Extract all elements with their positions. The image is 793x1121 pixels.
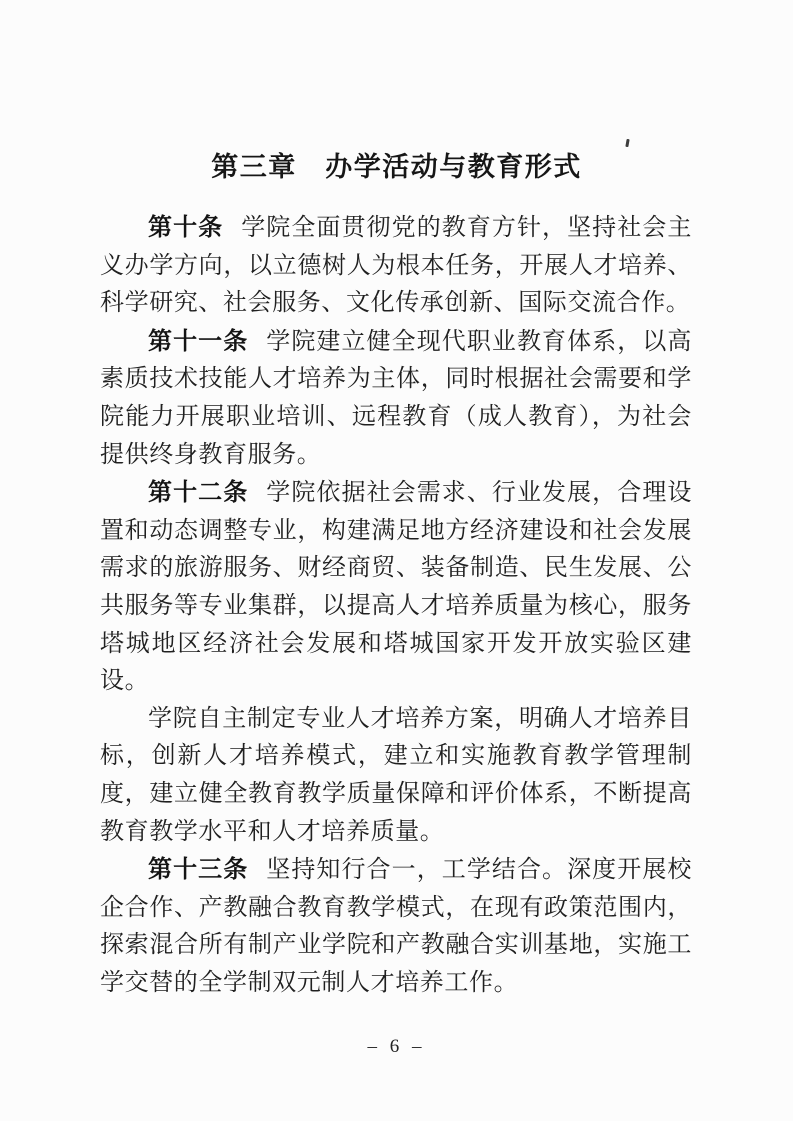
- article-paragraph: 第十二条学院依据社会需求、行业发展，合理设置和动态调整专业，构建满足地方经济建设…: [100, 474, 692, 701]
- article-paragraph: 第十条学院全面贯彻党的教育方针，坚持社会主义办学方向，以立德树人为根本任务，开展…: [100, 209, 692, 323]
- article-number-label: 第十一条: [148, 328, 248, 355]
- article-paragraph: 第十一条学院建立健全现代职业教育体系，以高素质技术技能人才培养为主体，同时根据社…: [100, 323, 692, 474]
- article-number-label: 第十条: [148, 214, 223, 241]
- page-number: – 6 –: [0, 1036, 793, 1058]
- article-number-label: 第十二条: [148, 479, 248, 506]
- chapter-title: 第三章 办学活动与教育形式: [0, 151, 793, 183]
- article-number-label: 第十三条: [148, 856, 248, 883]
- article-text: 学院自主制定专业人才培养方案，明确人才培养目标，创新人才培养模式，建立和实施教育…: [100, 706, 692, 845]
- article-text: 学院依据社会需求、行业发展，合理设置和动态调整专业，构建满足地方经济建设和社会发…: [100, 480, 692, 694]
- article-paragraph: 第十三条坚持知行合一，工学结合。深度开展校企合作、产教融合教育教学模式，在现有政…: [100, 851, 692, 1002]
- document-page: 第三章 办学活动与教育形式 第十条学院全面贯彻党的教育方针，坚持社会主义办学方向…: [0, 0, 793, 1121]
- scan-speck-artifact: [625, 139, 629, 147]
- document-body: 第十条学院全面贯彻党的教育方针，坚持社会主义办学方向，以立德树人为根本任务，开展…: [100, 209, 692, 1002]
- article-paragraph: 学院自主制定专业人才培养方案，明确人才培养目标，创新人才培养模式，建立和实施教育…: [100, 701, 692, 851]
